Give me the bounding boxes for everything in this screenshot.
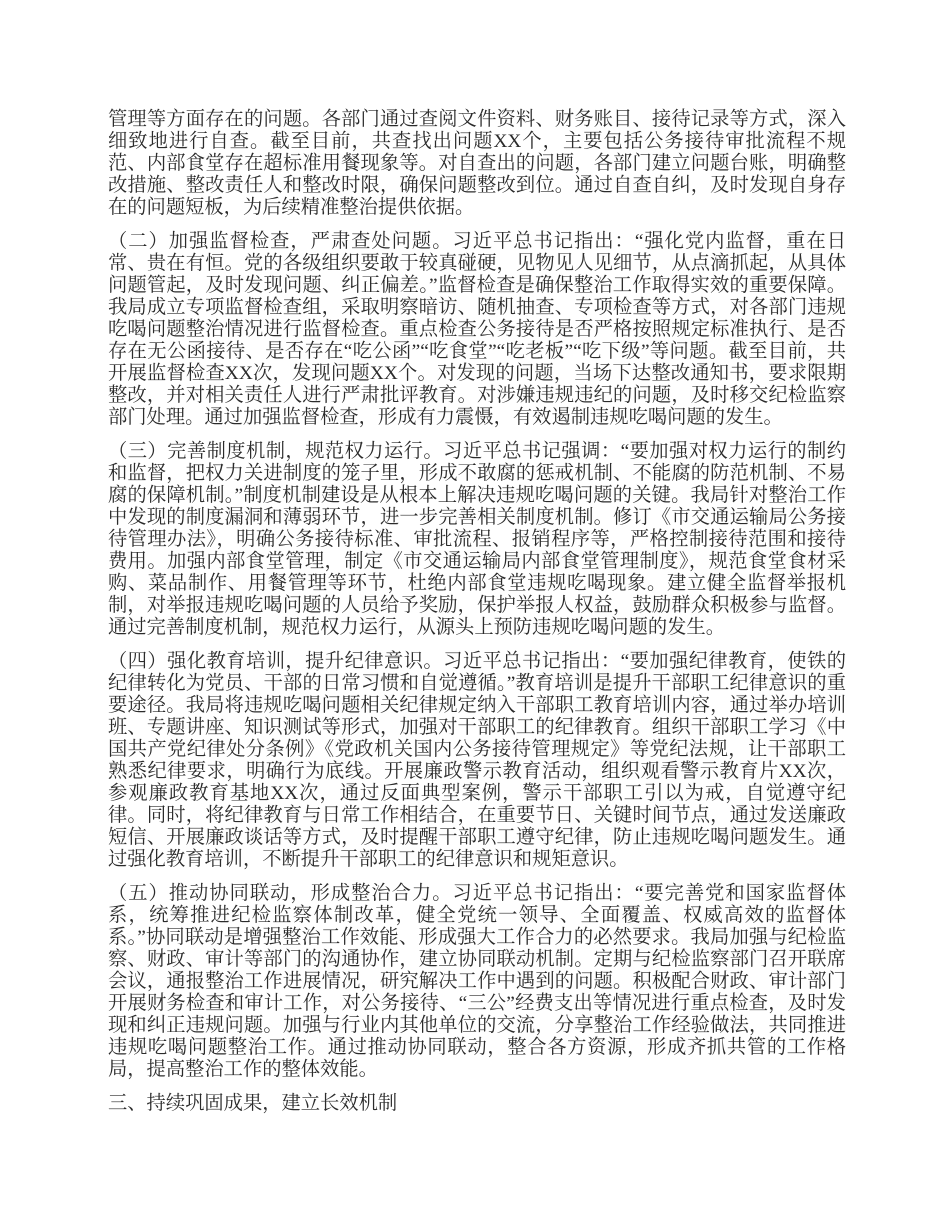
section-3-paragraph: （三）完善制度机制，规范权力运行。习近平总书记强调：“要加强对权力运行的制约和监… bbox=[108, 441, 846, 639]
section-5-paragraph: （五）推动协同联动，形成整治合力。习近平总书记指出：“要完善党和国家监督体系，统… bbox=[108, 883, 846, 1081]
document-text-block: 管理等方面存在的问题。各部门通过查阅文件资料、财务账目、接待记录等方式，深入细致… bbox=[108, 109, 846, 1115]
paragraph-continuation: 管理等方面存在的问题。各部门通过查阅文件资料、财务账目、接待记录等方式，深入细致… bbox=[108, 109, 846, 219]
part-3-heading: 三、持续巩固成果，建立长效机制 bbox=[108, 1093, 846, 1115]
section-4-paragraph: （四）强化教育培训，提升纪律意识。习近平总书记指出：“要加强纪律教育，使铁的纪律… bbox=[108, 651, 846, 871]
document-page: 管理等方面存在的问题。各部门通过查阅文件资料、财务账目、接待记录等方式，深入细致… bbox=[0, 0, 950, 1230]
section-2-paragraph: （二）加强监督检查，严肃查处问题。习近平总书记指出：“强化党内监督，重在日常、贵… bbox=[108, 231, 846, 429]
